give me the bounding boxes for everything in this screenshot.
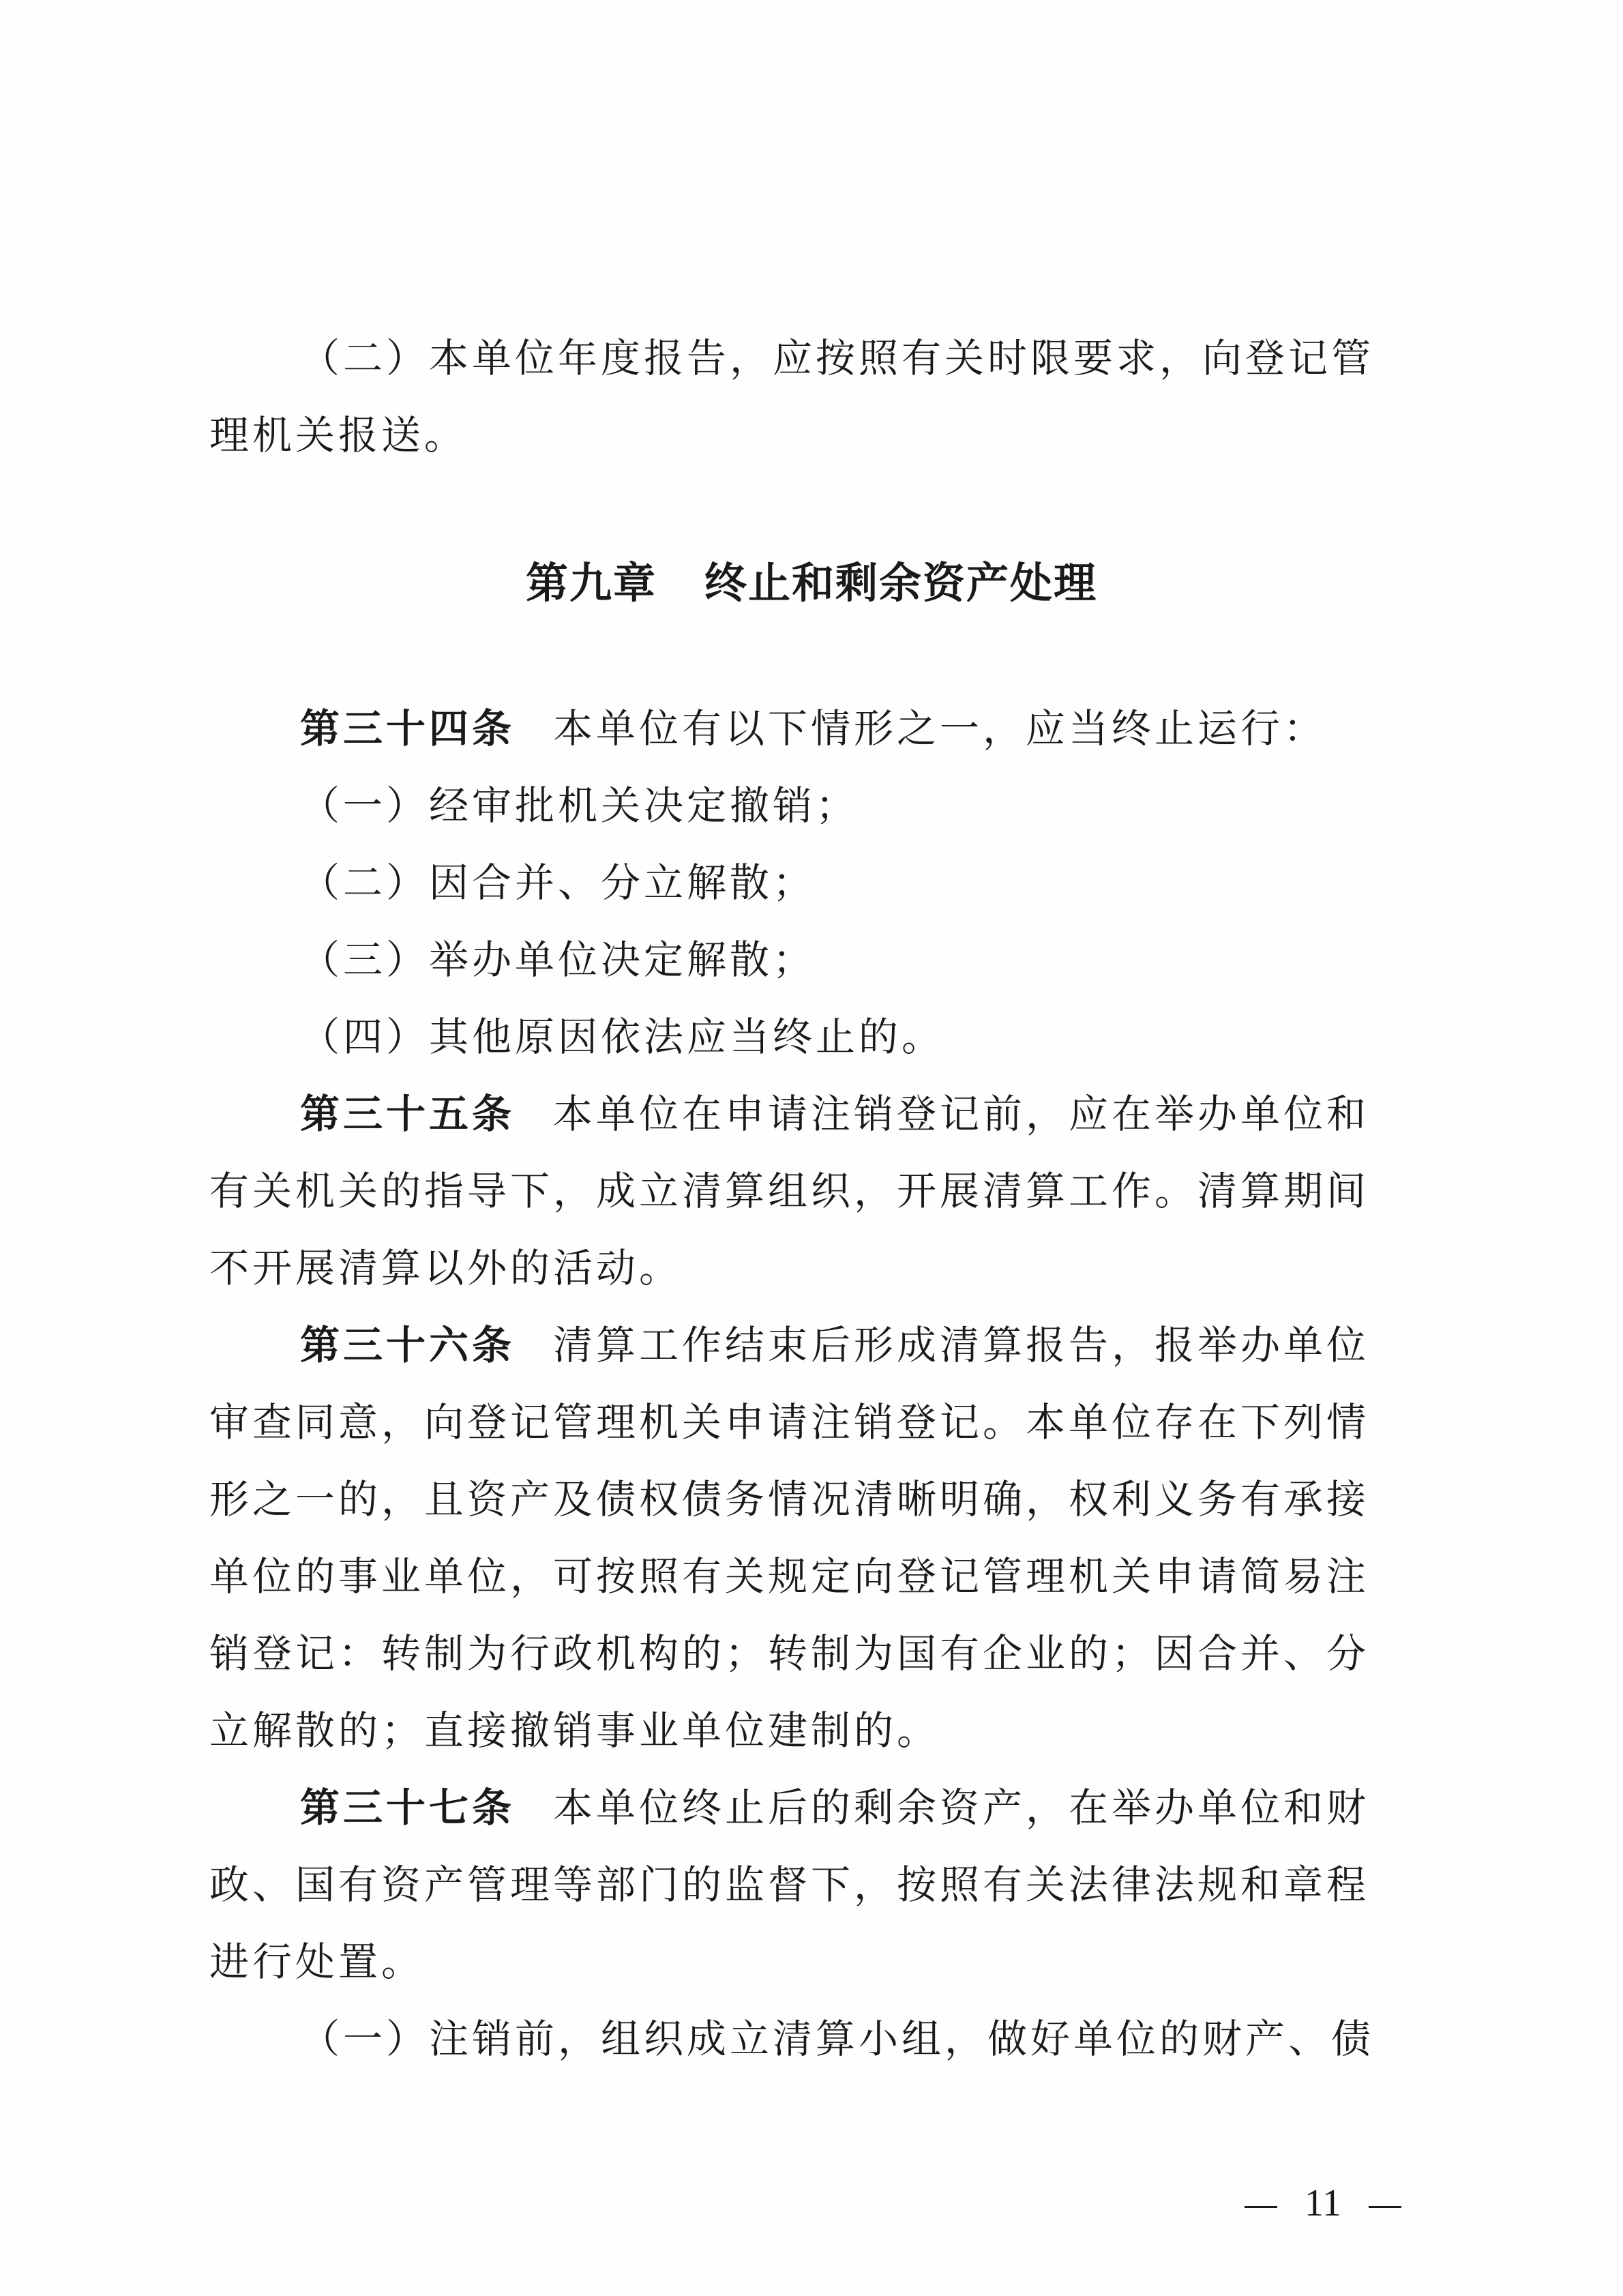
text-line: 政、国有资产管理等部门的监督下，按照有关法律法规和章程 bbox=[209, 1846, 1410, 1924]
text-line: 不开展清算以外的活动。 bbox=[209, 1230, 1410, 1307]
article-35-heading-line: 第三十五条本单位在申请注销登记前，应在举办单位和 bbox=[209, 1076, 1410, 1153]
article-37-heading-line: 第三十七条本单位终止后的剩余资产，在举办单位和财 bbox=[209, 1769, 1410, 1846]
list-item: （一）注销前，组织成立清算小组，做好单位的财产、债 bbox=[209, 2001, 1410, 2078]
article-text: 清算工作结束后形成清算报告，报举办单位 bbox=[553, 1322, 1369, 1368]
article-label: 第三十五条 bbox=[300, 1091, 515, 1137]
page-number-footer: 11 bbox=[1214, 2176, 1432, 2231]
chapter-heading: 第九章终止和剩余资产处理 bbox=[0, 546, 1623, 621]
intro-paragraph: （二）本单位年度报告，应按照有关时限要求，向登记管 理机关报送。 bbox=[209, 320, 1410, 474]
chapter-number: 第九章 bbox=[526, 558, 657, 608]
list-item: （一）经审批机关决定撤销； bbox=[209, 767, 1410, 844]
article-label: 第三十六条 bbox=[300, 1322, 515, 1368]
text-line: 审查同意，向登记管理机关申请注销登记。本单位存在下列情 bbox=[209, 1384, 1410, 1461]
text-line: 进行处置。 bbox=[209, 1924, 1410, 2001]
article-text: 本单位有以下情形之一，应当终止运行： bbox=[553, 705, 1326, 752]
text-line: 立解散的；直接撤销事业单位建制的。 bbox=[209, 1692, 1410, 1769]
article-text: 本单位终止后的剩余资产，在举办单位和财 bbox=[553, 1784, 1369, 1831]
list-item: （二）因合并、分立解散； bbox=[209, 844, 1410, 922]
article-label: 第三十七条 bbox=[300, 1784, 515, 1831]
article-34-heading-line: 第三十四条本单位有以下情形之一，应当终止运行： bbox=[209, 690, 1410, 767]
article-label: 第三十四条 bbox=[300, 705, 515, 752]
dash-decoration bbox=[1245, 2206, 1277, 2208]
articles-body: 第三十四条本单位有以下情形之一，应当终止运行： （一）经审批机关决定撤销； （二… bbox=[209, 690, 1410, 2078]
list-item: （三）举办单位决定解散； bbox=[209, 922, 1410, 999]
article-36-heading-line: 第三十六条清算工作结束后形成清算报告，报举办单位 bbox=[209, 1307, 1410, 1384]
text-line: （二）本单位年度报告，应按照有关时限要求，向登记管 bbox=[209, 320, 1410, 397]
dash-decoration bbox=[1369, 2206, 1401, 2208]
text-line: 理机关报送。 bbox=[209, 397, 1410, 474]
text-line: 销登记：转制为行政机构的；转制为国有企业的；因合并、分 bbox=[209, 1615, 1410, 1692]
text-line: 形之一的，且资产及债权债务情况清晰明确，权利义务有承接 bbox=[209, 1461, 1410, 1538]
article-text: 本单位在申请注销登记前，应在举办单位和 bbox=[553, 1091, 1369, 1137]
text-line: 单位的事业单位，可按照有关规定向登记管理机关申请简易注 bbox=[209, 1538, 1410, 1615]
chapter-title: 终止和剩余资产处理 bbox=[704, 558, 1097, 608]
page-number: 11 bbox=[1305, 2182, 1341, 2224]
text-line: 有关机关的指导下，成立清算组织，开展清算工作。清算期间 bbox=[209, 1153, 1410, 1230]
list-item: （四）其他原因依法应当终止的。 bbox=[209, 999, 1410, 1076]
document-page: （二）本单位年度报告，应按照有关时限要求，向登记管 理机关报送。 第九章终止和剩… bbox=[0, 0, 1623, 2296]
